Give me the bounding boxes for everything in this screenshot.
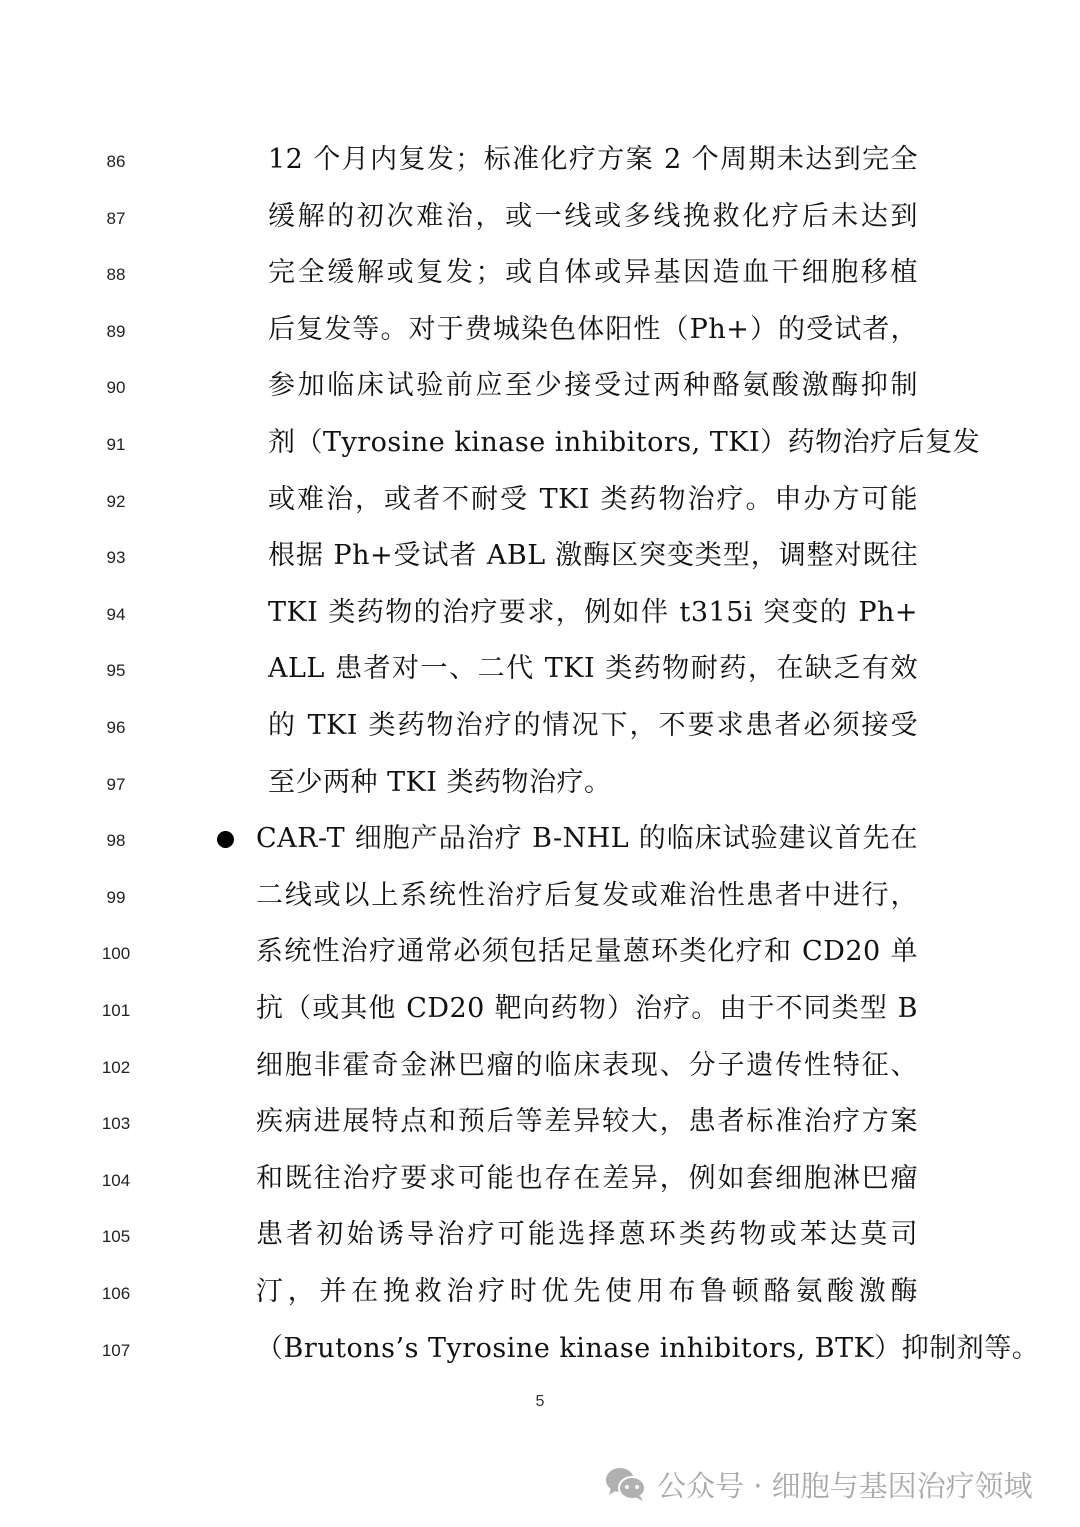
line-text: 细胞非霍奇金淋巴瘤的临床表现、分子遗传性特征、 bbox=[256, 1046, 918, 1086]
text-line: 101 抗（或其他 CD20 靶向药物）治疗。由于不同类型 B bbox=[0, 989, 1080, 1029]
text-line: 94 TKI 类药物的治疗要求，例如伴 t315i 突变的 Ph+ bbox=[0, 593, 1080, 633]
text-line: 99 二线或以上系统性治疗后复发或难治性患者中进行， bbox=[0, 876, 1080, 916]
text-line: 86 12 个月内复发；标准化疗方案 2 个周期未达到完全 bbox=[0, 140, 1080, 180]
line-text: 完全缓解或复发；或自体或异基因造血干细胞移植 bbox=[268, 253, 918, 293]
line-number: 101 bbox=[90, 1001, 142, 1021]
line-text: 和既往治疗要求可能也存在差异，例如套细胞淋巴瘤 bbox=[256, 1159, 918, 1199]
text-line: 98 CAR-T 细胞产品治疗 B-NHL 的临床试验建议首先在 bbox=[0, 819, 1080, 859]
line-text: 或难治，或者不耐受 TKI 类药物治疗。申办方可能 bbox=[268, 480, 918, 520]
text-line: 97 至少两种 TKI 类药物治疗。 bbox=[0, 763, 1080, 803]
line-number: 93 bbox=[90, 548, 142, 568]
line-text: 剂（Tyrosine kinase inhibitors, TKI）药物治疗后复… bbox=[268, 423, 918, 463]
text-line: 96 的 TKI 类药物治疗的情况下，不要求患者必须接受 bbox=[0, 706, 1080, 746]
text-line: 107 （Brutons’s Tyrosine kinase inhibitor… bbox=[0, 1329, 1080, 1369]
line-number: 87 bbox=[90, 209, 142, 229]
line-number: 91 bbox=[90, 435, 142, 455]
line-number: 102 bbox=[90, 1058, 142, 1078]
line-number: 104 bbox=[90, 1171, 142, 1191]
line-number: 103 bbox=[90, 1114, 142, 1134]
line-number: 98 bbox=[90, 831, 142, 851]
text-line: 93 根据 Ph+受试者 ABL 激酶区突变类型，调整对既往 bbox=[0, 536, 1080, 576]
line-number: 95 bbox=[90, 661, 142, 681]
line-text: 后复发等。对于费城染色体阳性（Ph+）的受试者， bbox=[268, 310, 918, 350]
line-text: CAR-T 细胞产品治疗 B-NHL 的临床试验建议首先在 bbox=[256, 819, 918, 859]
line-text: 疾病进展特点和预后等差异较大，患者标准治疗方案 bbox=[256, 1102, 918, 1142]
line-number: 88 bbox=[90, 265, 142, 285]
watermark: 公众号 · 细胞与基因治疗领域 bbox=[605, 1462, 1033, 1506]
line-text: 汀，并在挽救治疗时优先使用布鲁顿酪氨酸激酶 bbox=[256, 1272, 918, 1312]
wechat-icon bbox=[605, 1466, 647, 1502]
line-text: 的 TKI 类药物治疗的情况下，不要求患者必须接受 bbox=[268, 706, 918, 746]
text-line: 102 细胞非霍奇金淋巴瘤的临床表现、分子遗传性特征、 bbox=[0, 1046, 1080, 1086]
line-text: 系统性治疗通常必须包括足量蒽环类化疗和 CD20 单 bbox=[256, 932, 918, 972]
line-number: 97 bbox=[90, 775, 142, 795]
text-line: 88 完全缓解或复发；或自体或异基因造血干细胞移植 bbox=[0, 253, 1080, 293]
line-number: 100 bbox=[90, 944, 142, 964]
line-number: 99 bbox=[90, 888, 142, 908]
line-text: 抗（或其他 CD20 靶向药物）治疗。由于不同类型 B bbox=[256, 989, 918, 1029]
line-number: 94 bbox=[90, 605, 142, 625]
bullet-icon bbox=[217, 831, 234, 848]
line-text: 至少两种 TKI 类药物治疗。 bbox=[268, 763, 918, 803]
text-line: 90 参加临床试验前应至少接受过两种酪氨酸激酶抑制 bbox=[0, 366, 1080, 406]
text-line: 91 剂（Tyrosine kinase inhibitors, TKI）药物治… bbox=[0, 423, 1080, 463]
line-number: 90 bbox=[90, 378, 142, 398]
line-text: TKI 类药物的治疗要求，例如伴 t315i 突变的 Ph+ bbox=[268, 593, 918, 633]
line-number: 106 bbox=[90, 1284, 142, 1304]
line-text: （Brutons’s Tyrosine kinase inhibitors, B… bbox=[256, 1329, 918, 1369]
line-text: ALL 患者对一、二代 TKI 类药物耐药，在缺乏有效 bbox=[268, 649, 918, 689]
text-line: 104 和既往治疗要求可能也存在差异，例如套细胞淋巴瘤 bbox=[0, 1159, 1080, 1199]
text-line: 95 ALL 患者对一、二代 TKI 类药物耐药，在缺乏有效 bbox=[0, 649, 1080, 689]
line-number: 105 bbox=[90, 1227, 142, 1247]
text-line: 100 系统性治疗通常必须包括足量蒽环类化疗和 CD20 单 bbox=[0, 932, 1080, 972]
line-text: 缓解的初次难治，或一线或多线挽救化疗后未达到 bbox=[268, 197, 918, 237]
line-text: 参加临床试验前应至少接受过两种酪氨酸激酶抑制 bbox=[268, 366, 918, 406]
document-page: 86 12 个月内复发；标准化疗方案 2 个周期未达到完全 87 缓解的初次难治… bbox=[0, 0, 1080, 1527]
line-number: 86 bbox=[90, 152, 142, 172]
text-line: 106 汀，并在挽救治疗时优先使用布鲁顿酪氨酸激酶 bbox=[0, 1272, 1080, 1312]
line-text: 根据 Ph+受试者 ABL 激酶区突变类型，调整对既往 bbox=[268, 536, 918, 576]
page-number: 5 bbox=[0, 1393, 1080, 1411]
watermark-text: 公众号 · 细胞与基因治疗领域 bbox=[657, 1464, 1033, 1505]
line-text: 12 个月内复发；标准化疗方案 2 个周期未达到完全 bbox=[268, 140, 918, 180]
text-line: 103 疾病进展特点和预后等差异较大，患者标准治疗方案 bbox=[0, 1102, 1080, 1142]
line-number: 107 bbox=[90, 1341, 142, 1361]
line-number: 96 bbox=[90, 718, 142, 738]
line-text: 二线或以上系统性治疗后复发或难治性患者中进行， bbox=[256, 876, 918, 916]
text-line: 87 缓解的初次难治，或一线或多线挽救化疗后未达到 bbox=[0, 197, 1080, 237]
line-text: 患者初始诱导治疗可能选择蒽环类药物或苯达莫司 bbox=[256, 1215, 918, 1255]
text-line: 92 或难治，或者不耐受 TKI 类药物治疗。申办方可能 bbox=[0, 480, 1080, 520]
line-number: 92 bbox=[90, 492, 142, 512]
text-line: 105 患者初始诱导治疗可能选择蒽环类药物或苯达莫司 bbox=[0, 1215, 1080, 1255]
line-number: 89 bbox=[90, 322, 142, 342]
text-line: 89 后复发等。对于费城染色体阳性（Ph+）的受试者， bbox=[0, 310, 1080, 350]
